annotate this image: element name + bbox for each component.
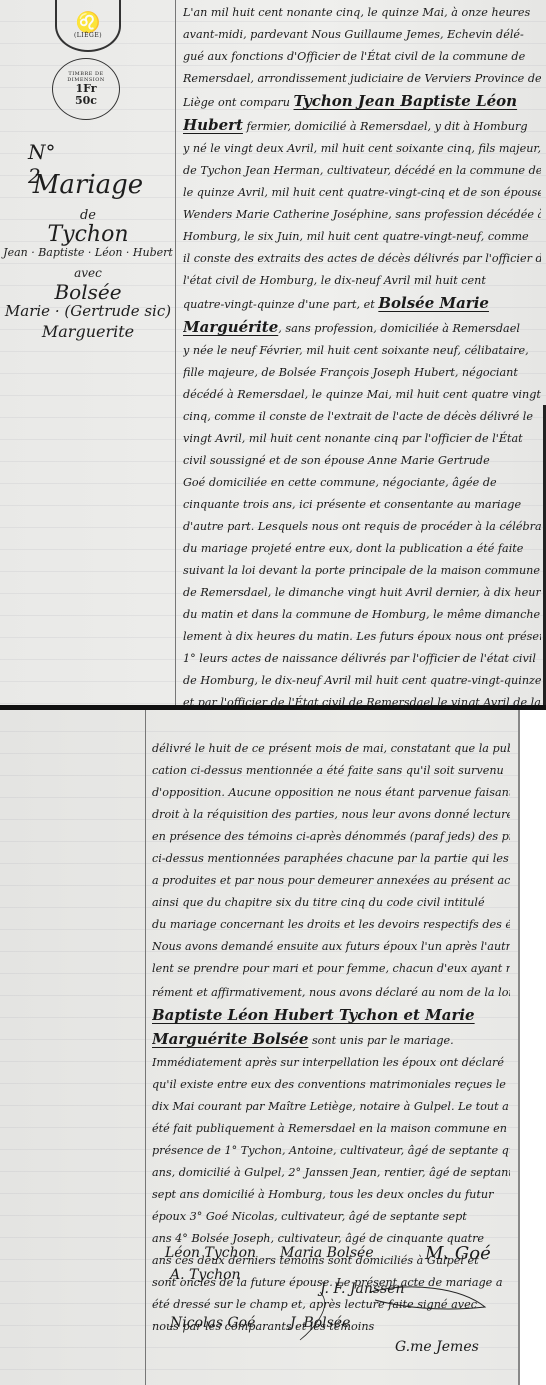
text-line: ci-dessus mentionnées paraphées chacune …: [152, 848, 510, 870]
text-line: qu'il existe entre eux des conventions m…: [152, 1074, 510, 1096]
text-line: Nous avons demandé ensuite aux futurs ép…: [152, 936, 510, 958]
margin-bride-given-1: Marie · (Gertrude sic): [2, 302, 174, 320]
text-line: L'an mil huit cent nonante cinq, le quin…: [183, 2, 541, 24]
text-line: y né le vingt deux Avril, mil huit cent …: [183, 138, 541, 160]
text-line: Remersdael, arrondissement judiciaire de…: [183, 68, 541, 90]
signatures-block: Léon Tychon Maria Bolsée M. Goé A. Tycho…: [160, 1237, 510, 1377]
text-line: décédé à Remersdael, le quinze Mai, mil …: [183, 384, 541, 406]
signature-witness-1: A. Tychon: [170, 1267, 241, 1283]
signature-witness-3: Nicolas Goé: [170, 1315, 255, 1331]
signature-bride: Maria Bolsée: [280, 1245, 374, 1261]
register-page-1: ♌ (LIÈGE) TIMBRE DE DIMENSION 1Fr 50c N°…: [0, 0, 546, 710]
signature-witness-4: J. Bolsée: [290, 1315, 350, 1331]
text-line: du mariage concernant les droits et les …: [152, 914, 510, 936]
text-line: Marguérite, sans profession, domiciliée …: [183, 316, 541, 340]
signature-mother: M. Goé: [425, 1243, 491, 1264]
text-line: en présence des témoins ci-après dénommé…: [152, 826, 510, 848]
text-line: délivré le huit de ce présent mois de ma…: [152, 738, 510, 760]
record-body-page-1: L'an mil huit cent nonante cinq, le quin…: [183, 2, 541, 710]
text-line: vingt Avril, mil huit cent nonante cinq …: [183, 428, 541, 450]
bride-residence: sans profession, domiciliée à Remersdael: [285, 322, 520, 335]
text-line: cinq, comme il conste de l'extrait de l'…: [183, 406, 541, 428]
fiscal-stamp: TIMBRE DE DIMENSION 1Fr 50c: [52, 58, 120, 120]
signature-groom: Léon Tychon: [165, 1245, 256, 1261]
text-line: été fait publiquement à Remersdael en la…: [152, 1118, 510, 1140]
fiscal-stamp-value-cents: 50c: [75, 95, 97, 107]
text-line: l'état civil de Homburg, le dix-neuf Avr…: [183, 270, 541, 292]
signature-officer: G.me Jemes: [395, 1339, 479, 1355]
margin-groom-given: Jean · Baptiste · Léon · Hubert: [2, 246, 174, 259]
text-line: rément et affirmativement, nous avons dé…: [152, 980, 510, 1004]
text-fragment: Liège ont comparu: [183, 96, 290, 109]
text-line: ans, domicilié à Gulpel, 2° Janssen Jean…: [152, 1162, 510, 1184]
seal-bottom-text: (LIÈGE): [74, 32, 102, 39]
text-line: ainsi que du chapitre six du titre cinq …: [152, 892, 510, 914]
text-line: quatre-vingt-quinze d'une part, et Bolsé…: [183, 292, 541, 316]
text-line: a produites et par nous pour demeurer an…: [152, 870, 510, 892]
text-line: Baptiste Léon Hubert Tychon et Marie: [152, 1004, 510, 1028]
text-line: de Homburg, le dix-neuf Avril mil huit c…: [183, 670, 541, 692]
margin-groom-surname: Tychon: [8, 222, 168, 247]
margin-rule: [175, 0, 176, 705]
margin-de: de: [8, 208, 168, 223]
text-line: avant-midi, pardevant Nous Guillaume Jem…: [183, 24, 541, 46]
text-line: droit à la réquisition des parties, nous…: [152, 804, 510, 826]
groom-residence: fermier, domicilié à Remersdael, y dit à…: [247, 120, 528, 133]
text-line: Wenders Marie Catherine Joséphine, sans …: [183, 204, 541, 226]
united-clause: sont unis par le mariage.: [312, 1034, 454, 1047]
text-line: gué aux fonctions d'Officier de l'État c…: [183, 46, 541, 68]
margin-bride-given-2: Marguerite: [8, 322, 168, 341]
text-line: cation ci-dessus mentionnée a été faite …: [152, 760, 510, 782]
bride-name-cont: Marguérite: [183, 318, 278, 336]
text-fragment: rément et affirmativement, nous avons dé…: [152, 986, 510, 999]
text-line: de Remersdael, le dimanche vingt huit Av…: [183, 582, 541, 604]
text-line: le quinze Avril, mil huit cent quatre-vi…: [183, 182, 541, 204]
text-line: Liège ont comparu Tychon Jean Baptiste L…: [183, 90, 541, 114]
text-line: lement à dix heures du matin. Les futurs…: [183, 626, 541, 648]
margin-avec: avec: [8, 266, 168, 280]
text-line: époux 3° Goé Nicolas, cultivateur, âgé d…: [152, 1206, 510, 1228]
signature-witness-2: J. F. Janssen: [320, 1281, 405, 1297]
text-line: y née le neuf Février, mil huit cent soi…: [183, 340, 541, 362]
text-line: civil soussigné et de son épouse Anne Ma…: [183, 450, 541, 472]
text-line: d'opposition. Aucune opposition ne nous …: [152, 782, 510, 804]
text-line: et par l'officier de l'État civil de Rem…: [183, 692, 541, 710]
administration-seal-stamp: ♌ (LIÈGE): [55, 0, 121, 52]
groom-name: Tychon Jean Baptiste Léon: [294, 92, 518, 110]
margin-bride-surname: Bolsée: [8, 280, 168, 304]
record-number-label: N°: [28, 140, 56, 164]
text-line: Goé domiciliée en cette commune, négocia…: [183, 472, 541, 494]
text-line: cinquante trois ans, ici présente et con…: [183, 494, 541, 516]
bride-name: Bolsée Marie: [378, 294, 489, 312]
text-line: d'autre part. Lesquels nous ont requis d…: [183, 516, 541, 538]
declared-names: Baptiste Léon Hubert Tychon et Marie: [152, 1006, 475, 1024]
text-line: lent se prendre pour mari et pour femme,…: [152, 958, 510, 980]
text-line: du mariage projeté entre eux, dont la pu…: [183, 538, 541, 560]
text-line: Homburg, le six Juin, mil huit cent quat…: [183, 226, 541, 248]
lion-icon: ♌: [76, 12, 101, 32]
margin-heading: Mariage: [8, 170, 168, 200]
text-line: il conste des extraits des actes de décè…: [183, 248, 541, 270]
text-line: sept ans domicilié à Homburg, tous les d…: [152, 1184, 510, 1206]
text-fragment: quatre-vingt-quinze d'une part, et: [183, 298, 375, 311]
groom-name-cont: Hubert: [183, 116, 243, 134]
text-line: suivant la loi devant la porte principal…: [183, 560, 541, 582]
text-line: présence de 1° Tychon, Antoine, cultivat…: [152, 1140, 510, 1162]
declared-bride-name: Marguérite Bolsée: [152, 1030, 308, 1048]
text-line: du matin et dans la commune de Homburg, …: [183, 604, 541, 626]
text-line: fille majeure, de Bolsée François Joseph…: [183, 362, 541, 384]
text-line: de Tychon Jean Herman, cultivateur, décé…: [183, 160, 541, 182]
text-line: dix Mai courant par Maître Letiège, nota…: [152, 1096, 510, 1118]
register-page-2: délivré le huit de ce présent mois de ma…: [0, 710, 520, 1385]
margin-rule: [145, 710, 146, 1385]
text-line: Marguérite Bolsée sont unis par le maria…: [152, 1028, 510, 1052]
text-line: 1° leurs actes de naissance délivrés par…: [183, 648, 541, 670]
text-line: Hubert fermier, domicilié à Remersdael, …: [183, 114, 541, 138]
text-line: Immédiatement après sur interpellation l…: [152, 1052, 510, 1074]
